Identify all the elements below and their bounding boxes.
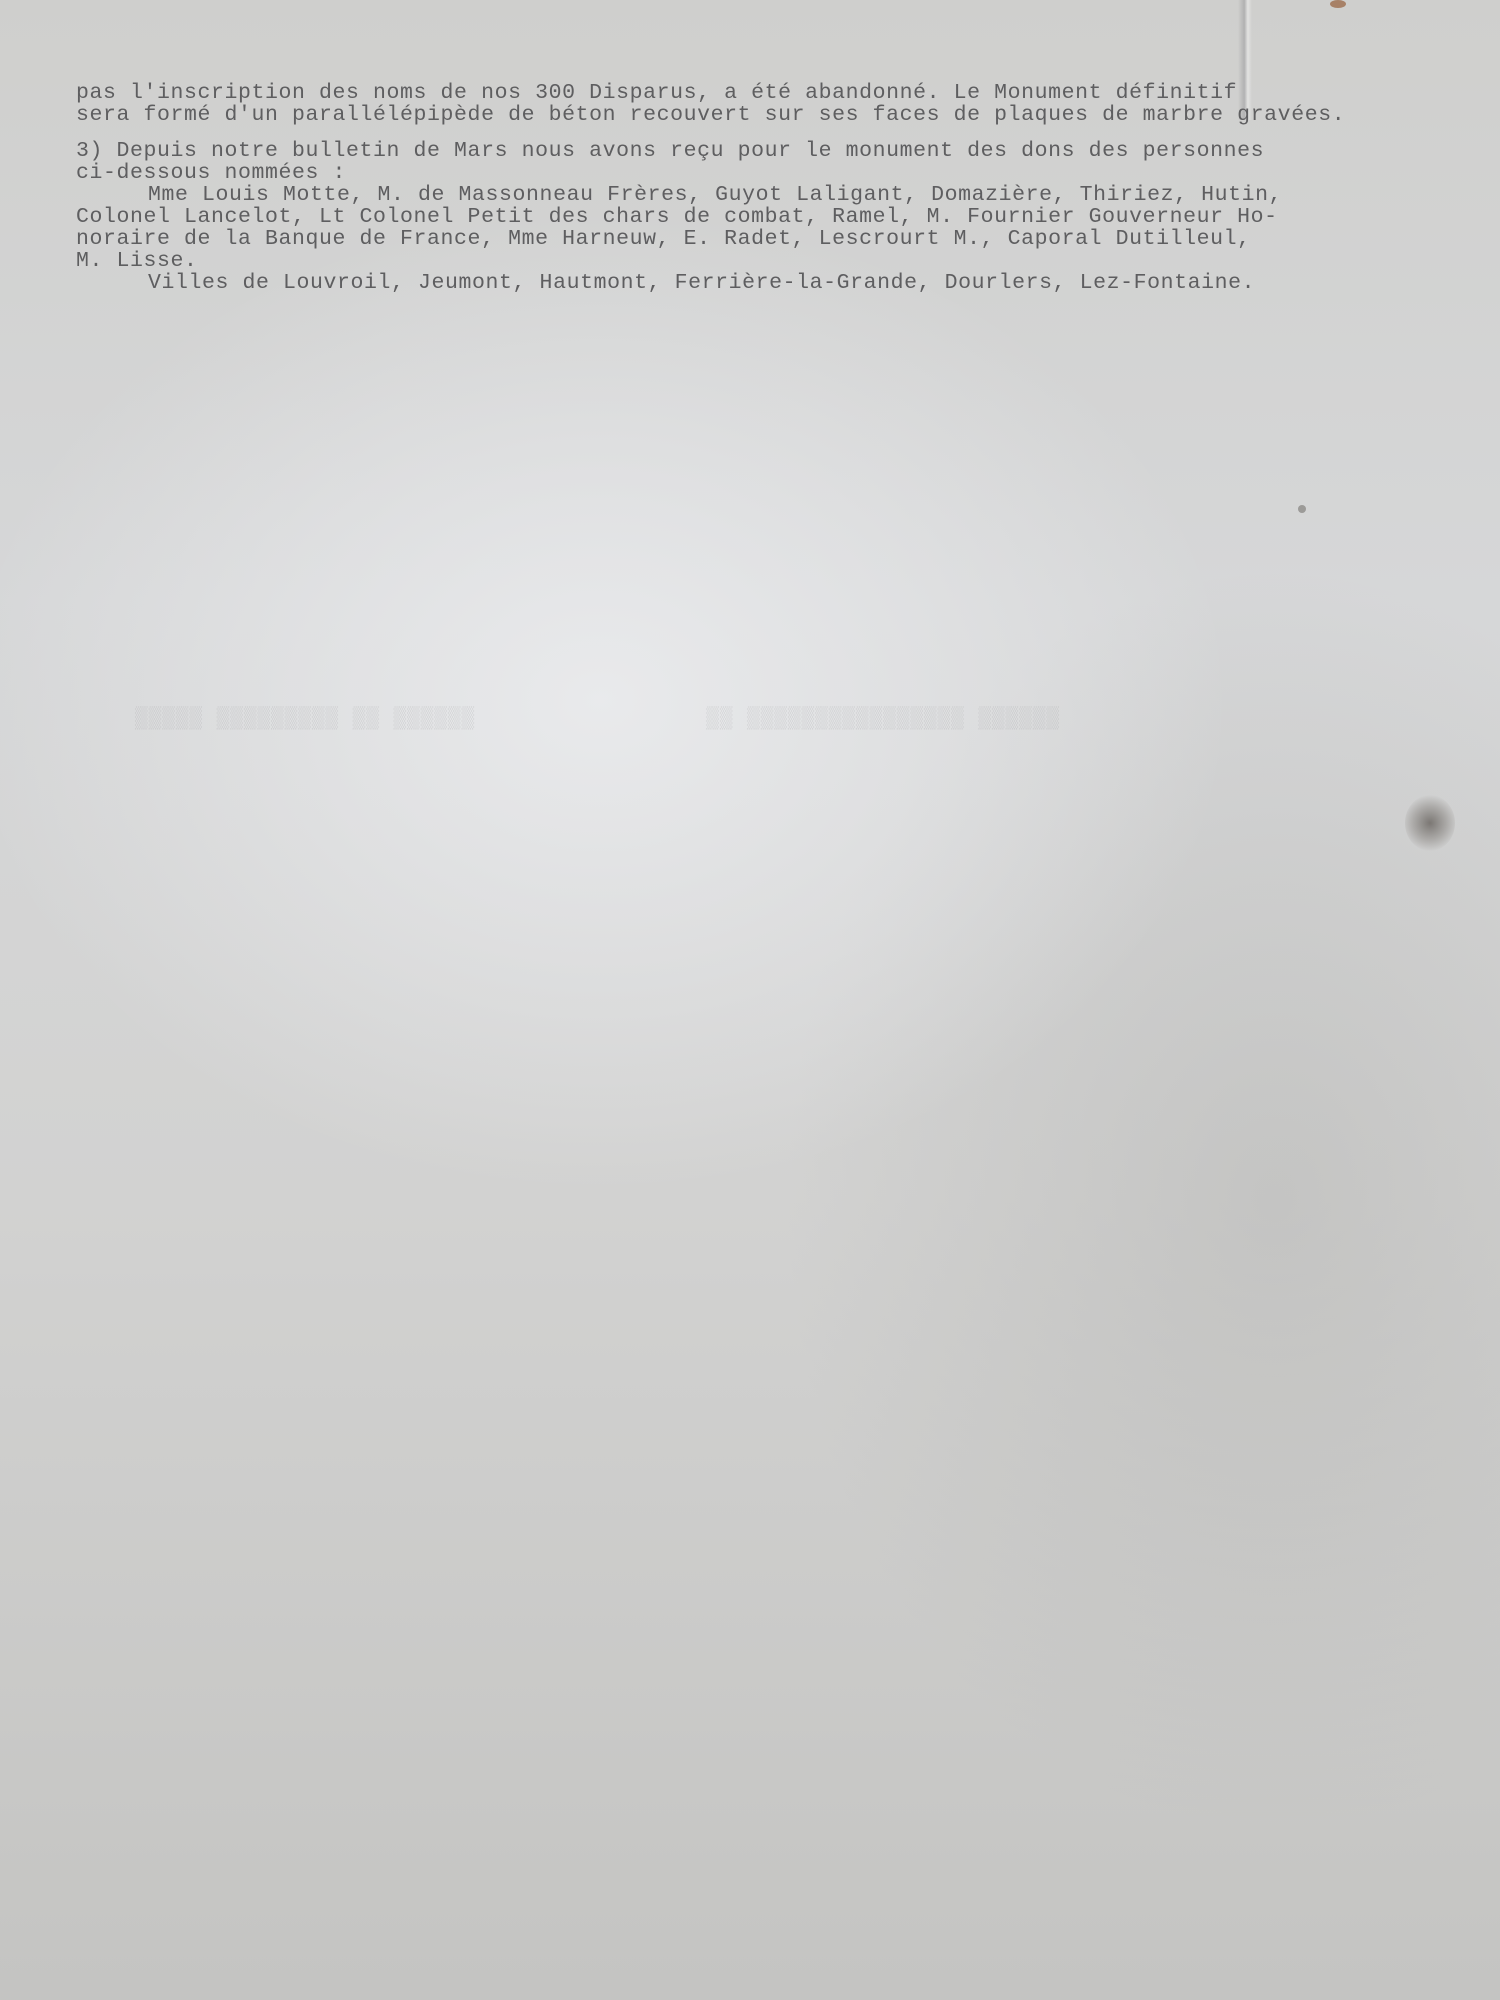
document-page: pas l'inscription des noms de nos 300 Di… xyxy=(0,0,1500,2000)
section-3-heading-line: 3) Depuis notre bulletin de Mars nous av… xyxy=(76,140,1496,162)
towns-line: Villes de Louvroil, Jeumont, Hautmont, F… xyxy=(76,272,1496,294)
donor-line: noraire de la Banque de France, Mme Harn… xyxy=(76,228,1496,250)
donor-line: M. Lisse. xyxy=(76,250,1496,272)
show-through-text: ▒▒▒▒▒ ▒▒▒▒▒▒▒▒▒ ▒▒ ▒▒▒▒▒▒ ▒▒ ▒▒▒▒▒▒▒▒▒▒▒… xyxy=(135,708,1435,731)
paper-stain xyxy=(1405,795,1455,851)
text-line: ci-dessous nommées : xyxy=(76,162,1496,184)
donor-line: Colonel Lancelot, Lt Colonel Petit des c… xyxy=(76,206,1496,228)
text-line: sera formé d'un parallélépipède de béton… xyxy=(76,104,1496,126)
paper-spot xyxy=(1298,505,1306,513)
text-line: pas l'inscription des noms de nos 300 Di… xyxy=(76,82,1496,104)
donor-line: Mme Louis Motte, M. de Massonneau Frères… xyxy=(76,184,1496,206)
typed-text-block: pas l'inscription des noms de nos 300 Di… xyxy=(76,82,1496,294)
rust-mark xyxy=(1330,0,1346,8)
